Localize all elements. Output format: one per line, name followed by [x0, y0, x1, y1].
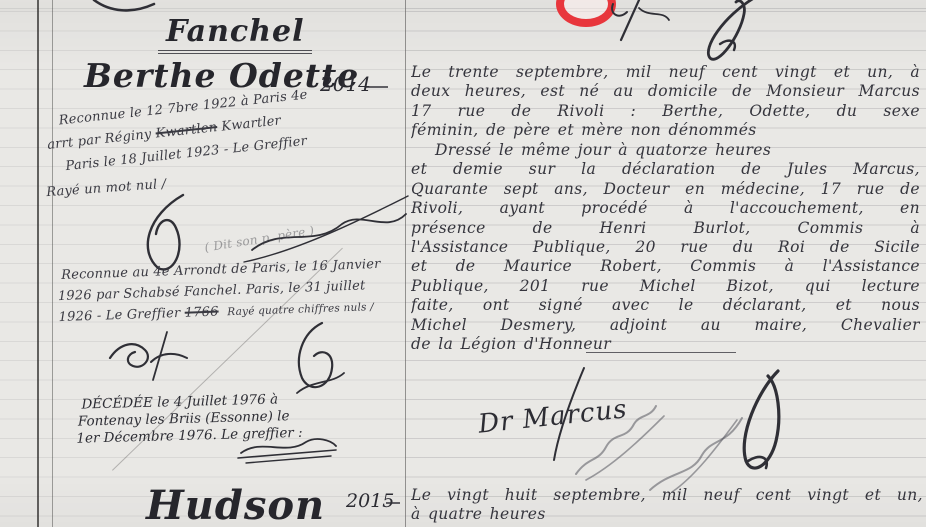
act-line: Quarante sept ans, Docteur en médecine, … [411, 180, 920, 199]
act-line: l'Assistance Publique, 20 rue du Roi de … [411, 238, 920, 257]
act-line: à quatre heures [411, 505, 923, 524]
act-line: Dressé le même jour à quatorze heures [411, 141, 920, 160]
act-line: 17 rue de Rivoli : Berthe, Odette, du se… [411, 102, 920, 121]
left-margin-rule-outer [37, 0, 39, 527]
top-right-signature [692, 0, 777, 68]
left-margin-rule-inner [52, 0, 53, 527]
recognition-note-1: Reconnue le 12 7bre 1922 à Paris 4e arrt… [44, 77, 412, 206]
rayé-note: Rayé quatre chiffres nuls / [227, 301, 374, 318]
act-line: féminin, de père et mère non dénommés [411, 121, 920, 140]
act-line: présence de Henri Burlot, Commis à [411, 219, 920, 238]
next-act-body-text: Le vingt huit septembre, mil neuf cent v… [411, 486, 923, 525]
act-line: Publique, 201 rue Michel Bizot, qui lect… [411, 277, 920, 296]
signature-flourish-3 [105, 328, 193, 383]
next-act-number-dash [386, 502, 400, 504]
next-surname-heading: Hudson [146, 482, 325, 527]
greffier-signature [236, 428, 341, 466]
struck-word: Kwartlen [155, 120, 218, 141]
act-line: Le trente septembre, mil neuf cent vingt… [411, 63, 920, 82]
top-left-stroke [92, 0, 162, 18]
act-line: Michel Desmery, adjoint au maire, Cheval… [411, 316, 920, 335]
adjoint-signature [718, 366, 800, 484]
recognition-note-2: Reconnue au 4e Arrondt de Paris, le 16 J… [57, 256, 409, 334]
next-act-number: 2015 [346, 490, 394, 512]
top-center-flourish [605, 0, 675, 45]
act-line: Rivoli, ayant procédé à l'accouchement, … [411, 199, 920, 218]
act-body-text: Le trente septembre, mil neuf cent vingt… [411, 63, 920, 355]
civil-register-scan: Fanchel Berthe Odette 2014 Reconnue le 1… [0, 0, 926, 527]
act-line: faite, ont signé avec le déclarant, et n… [411, 296, 920, 315]
signature-flourish-4 [282, 318, 352, 398]
act-end-dash [586, 352, 736, 353]
act-line: deux heures, est né au domicile de Monsi… [411, 82, 920, 101]
act-line: et demie sur la déclaration de Jules Mar… [411, 160, 920, 179]
act-line: Le vingt huit septembre, mil neuf cent v… [411, 486, 923, 505]
struck-digits: 1766 [184, 305, 218, 321]
surname-heading: Fanchel [158, 14, 312, 49]
act-line: et de Maurice Robert, Commis à l'Assista… [411, 257, 920, 276]
